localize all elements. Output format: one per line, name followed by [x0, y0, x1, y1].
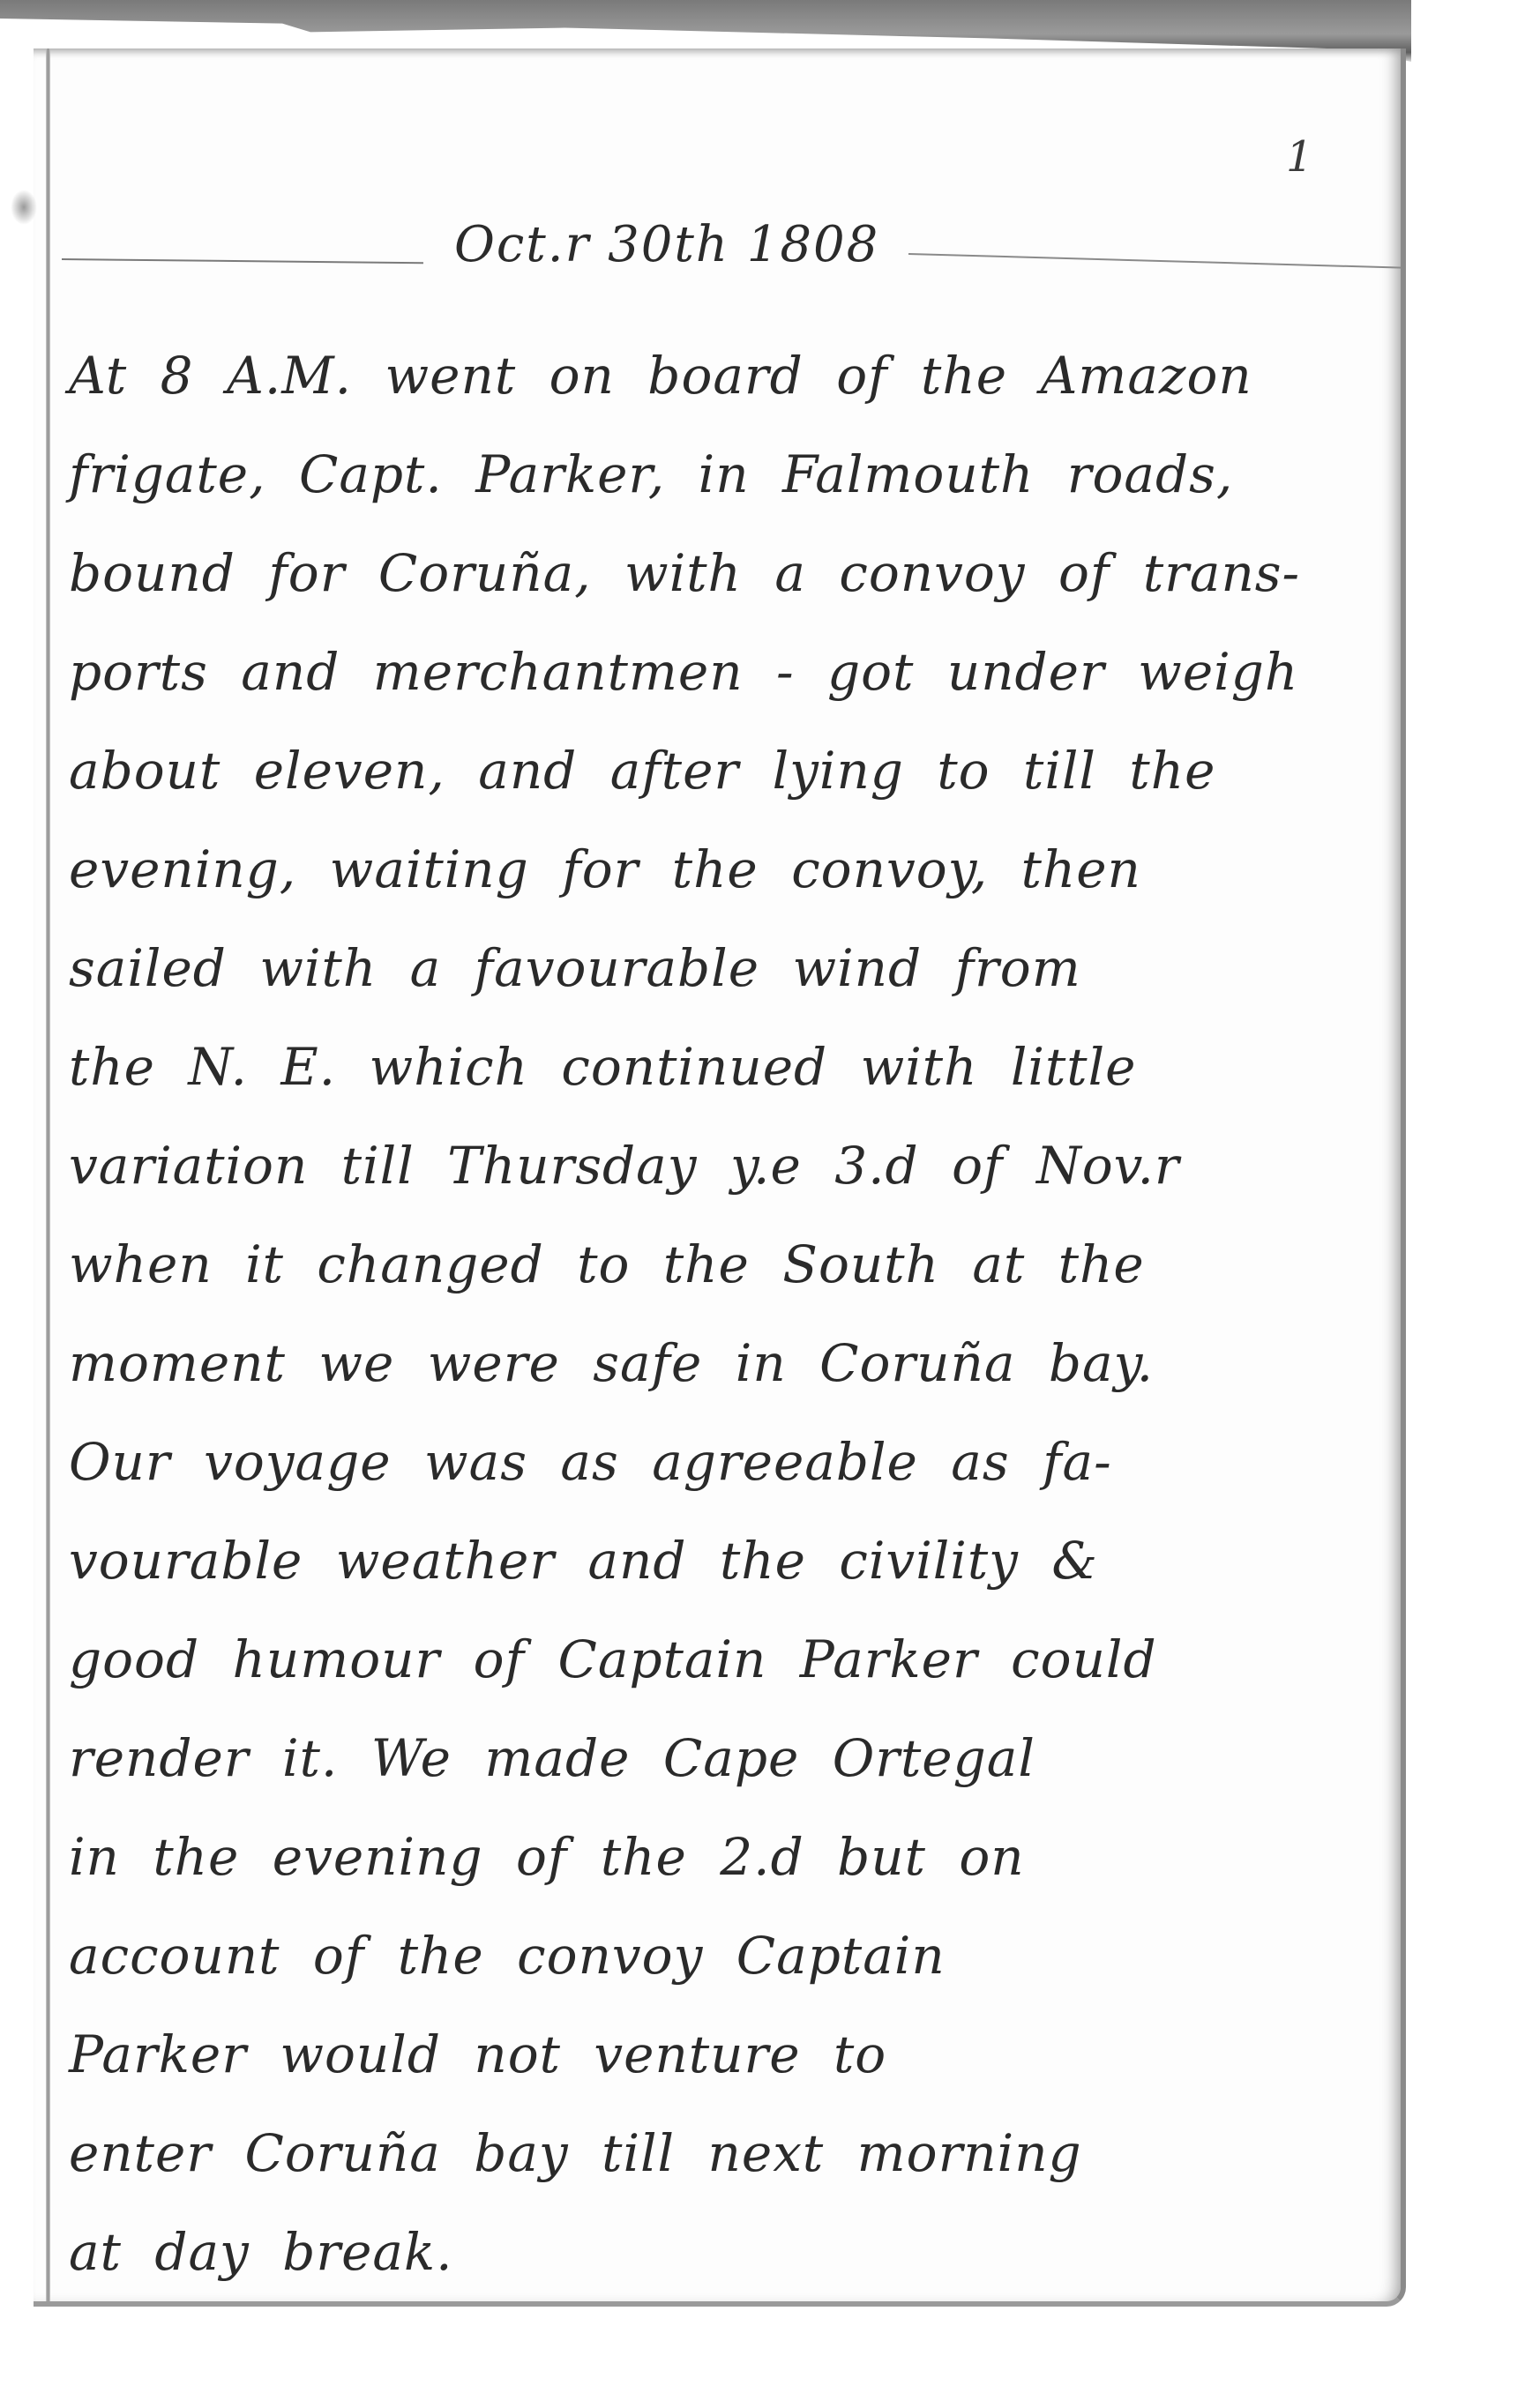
- text-line: about eleven, and after lying to till th…: [69, 721, 1374, 820]
- text-line: ports and merchantmen - got under weigh: [69, 623, 1374, 721]
- journal-entry-text: At 8 A.M. went on board of the Amazon fr…: [69, 326, 1374, 2301]
- binding-margin-line: [46, 48, 50, 2301]
- binding-stain: [11, 190, 37, 225]
- text-line: in the evening of the 2.d but on: [69, 1808, 1374, 1906]
- page-number: 1: [1286, 132, 1313, 182]
- text-line: moment we were safe in Coruña bay.: [69, 1314, 1374, 1413]
- text-line: good humour of Captain Parker could: [69, 1610, 1374, 1709]
- text-line: variation till Thursday y.e 3.d of Nov.r: [69, 1116, 1374, 1215]
- text-line: evening, waiting for the convoy, then: [69, 820, 1374, 919]
- text-line: At 8 A.M. went on board of the Amazon: [69, 326, 1374, 425]
- date-heading: Oct.r 30th 1808: [454, 216, 879, 273]
- text-line: enter Coruña bay till next morning: [69, 2104, 1374, 2203]
- text-line: the N. E. which continued with little: [69, 1018, 1374, 1116]
- text-line: sailed with a favourable wind from: [69, 919, 1374, 1018]
- heading-rule-left: [62, 258, 423, 264]
- text-line: account of the convoy Captain: [69, 1906, 1374, 2005]
- text-line: frigate, Capt. Parker, in Falmouth roads…: [69, 425, 1374, 524]
- text-line: bound for Coruña, with a convoy of trans…: [69, 524, 1374, 623]
- text-line: when it changed to the South at the: [69, 1215, 1374, 1314]
- text-line: Our voyage was as agreeable as fa-: [69, 1413, 1374, 1511]
- text-line: vourable weather and the civility &: [69, 1511, 1374, 1610]
- heading-rule-right: [908, 253, 1402, 269]
- date-heading-row: Oct.r 30th 1808: [62, 216, 1402, 287]
- text-line: at day break.: [69, 2203, 1374, 2301]
- text-line: render it. We made Cape Ortegal: [69, 1709, 1374, 1808]
- text-line: Parker would not venture to: [69, 2005, 1374, 2104]
